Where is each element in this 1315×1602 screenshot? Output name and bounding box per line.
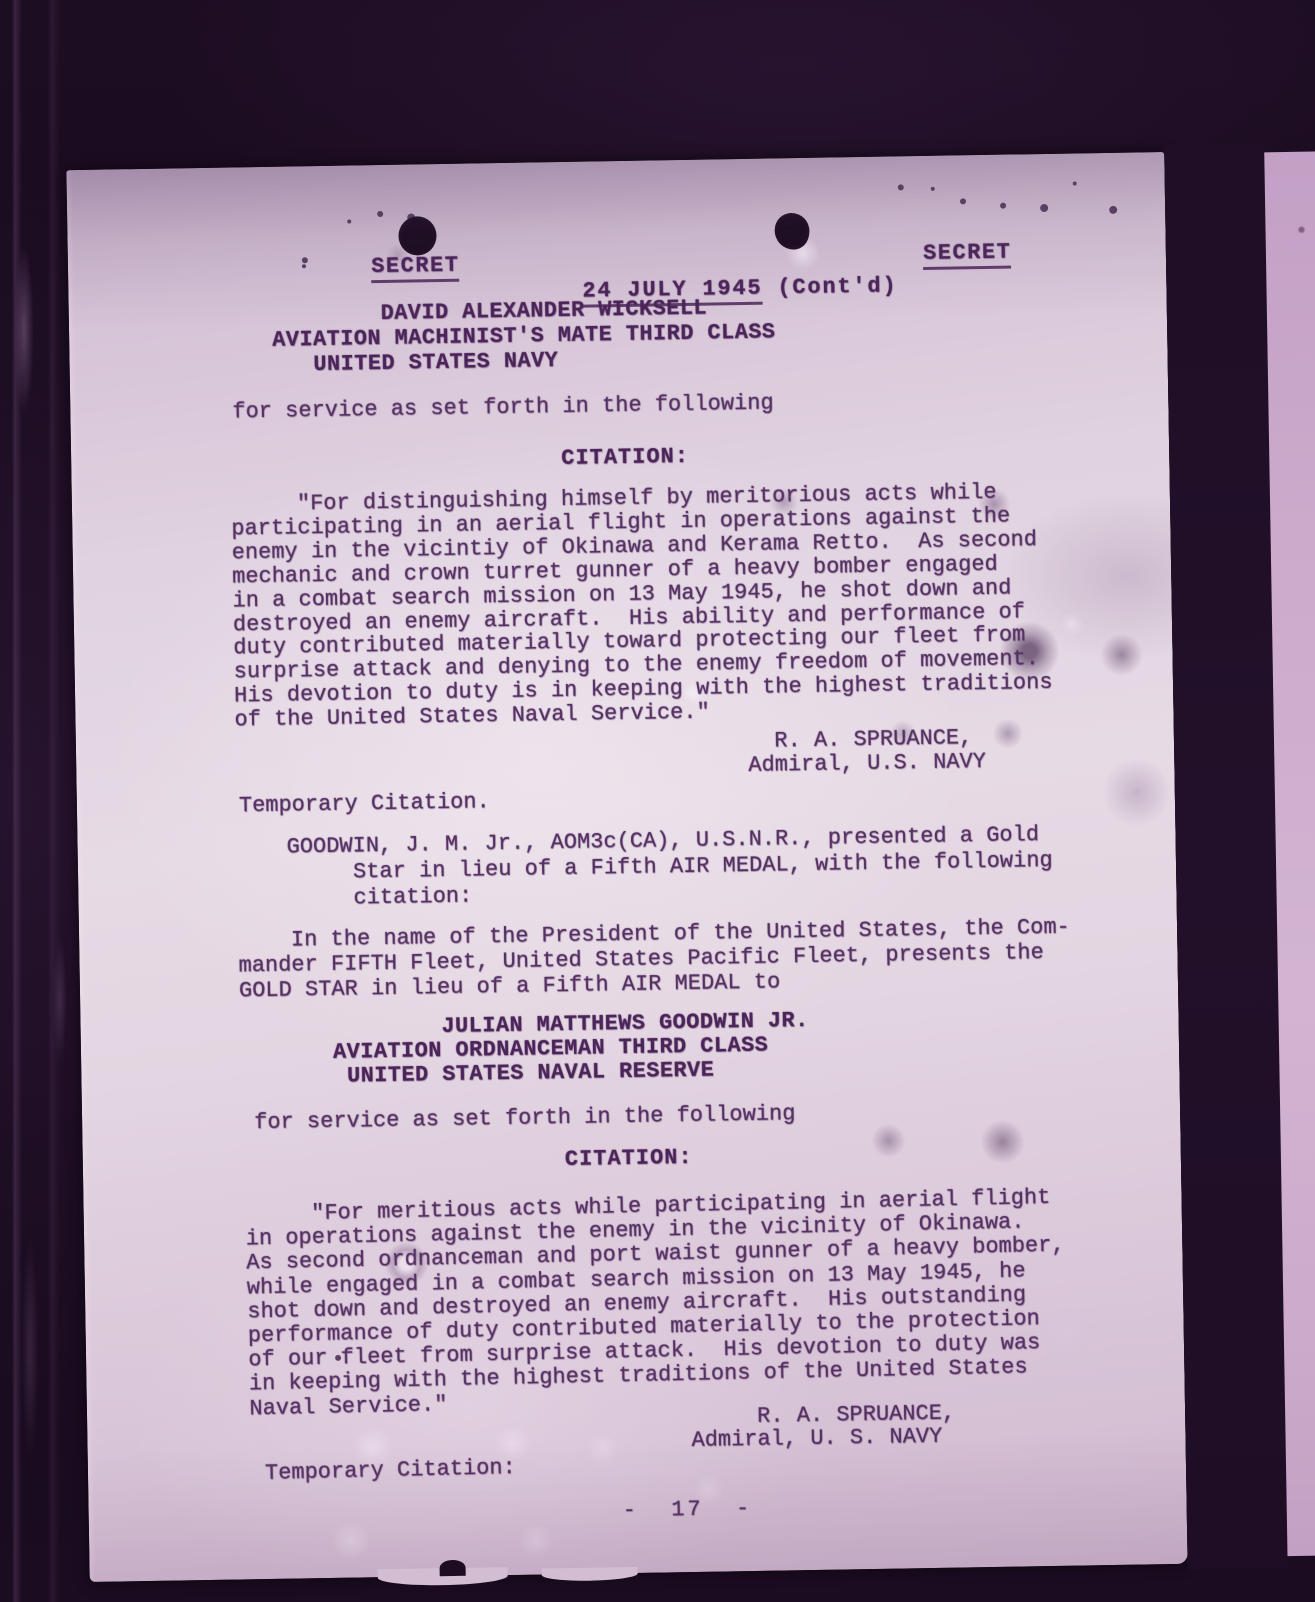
temporary-citation-label-2: Temporary Citation: xyxy=(265,1456,516,1486)
punch-hole-left xyxy=(398,216,437,256)
citation-heading-1: CITATION: xyxy=(561,445,689,471)
classification-stamp-left: SECRET xyxy=(282,230,460,305)
classification-text: SECRET xyxy=(371,253,460,283)
date-text: 24 JULY 1945 xyxy=(582,276,762,308)
citation-body-1: "For distinguishing himself by meritorio… xyxy=(231,480,1053,733)
paper-specks xyxy=(66,170,70,174)
recipient-name-block-1: DAVID ALEXANDER WICKSELL AVIATION MACHIN… xyxy=(272,294,776,377)
recipient-name-block-2: JULIAN MATTHEWS GOODWIN JR. AVIATION ORD… xyxy=(332,1009,809,1089)
page-number: - 17 - xyxy=(622,1497,752,1523)
classification-text: SECRET xyxy=(923,240,1012,270)
microfilm-frame: SECRET SECRET 24 JULY 1945 (Cont'd) DAVI… xyxy=(66,149,1315,1582)
presentation-paragraph: In the name of the President of the Unit… xyxy=(238,915,1071,1004)
signature-block-1: R. A. SPRUANCE, Admiral, U.S. NAVY xyxy=(748,726,986,778)
punch-hole-right xyxy=(771,210,812,252)
service-intro-1: for service as set forth in the followin… xyxy=(232,392,774,425)
signature-block-2: R. A. SPRUANCE, Admiral, U. S. NAVY xyxy=(691,1402,956,1452)
citation-heading-2: CITATION: xyxy=(565,1146,693,1172)
date-line: 24 JULY 1945 (Cont'd) xyxy=(492,250,898,329)
award-presentation-note: GOODWIN, J. M. Jr., AOM3c(CA), U.S.N.R.,… xyxy=(286,822,1053,913)
temporary-citation-label-1: Temporary Citation. xyxy=(239,790,490,818)
paper-edge-notch xyxy=(439,1560,465,1576)
document-page: SECRET SECRET 24 JULY 1945 (Cont'd) DAVI… xyxy=(66,152,1187,1582)
service-intro-2: for service as set forth in the followin… xyxy=(254,1102,796,1135)
date-continued-suffix: (Cont'd) xyxy=(762,273,897,300)
classification-stamp-right: SECRET xyxy=(834,217,1012,292)
citation-body-2: "For meritious acts while participating … xyxy=(245,1186,1068,1422)
